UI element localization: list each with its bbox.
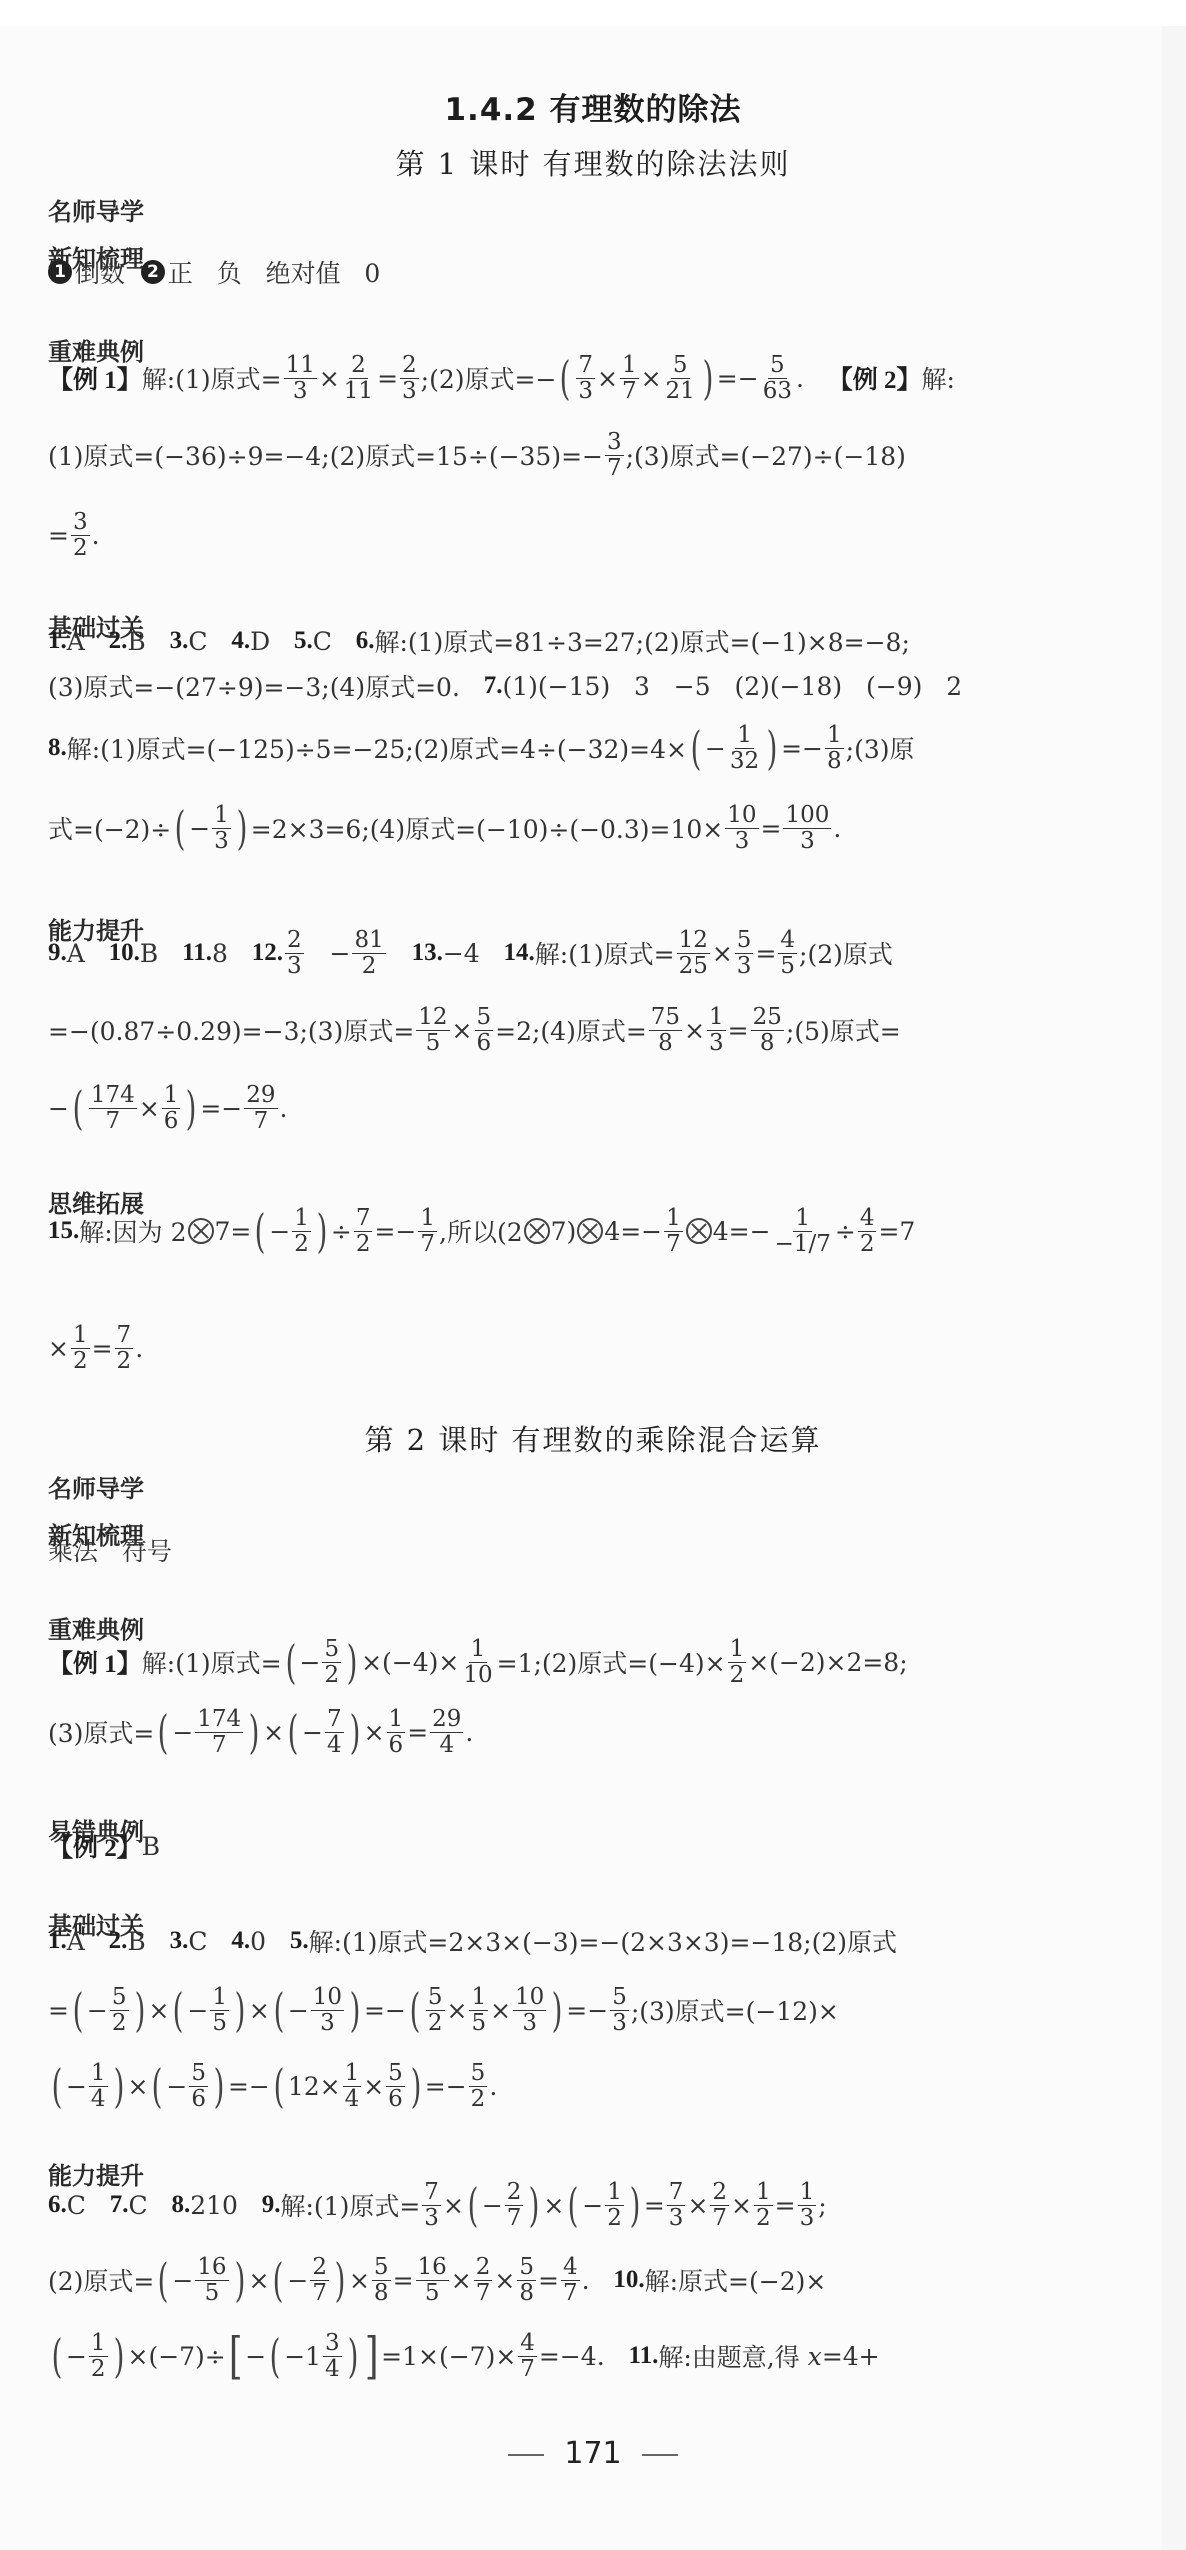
text-run: =2×3=6;(4)原式=(−10)÷(−0.3)=10× xyxy=(251,810,723,846)
text-run: × xyxy=(731,2191,752,2220)
answer-line: 8.解:(1)原式=(−125)÷5=−25;(2)原式=4÷(−32)=4×(… xyxy=(48,718,915,778)
numerator: 1 xyxy=(798,2180,817,2205)
text-run: = xyxy=(644,2191,665,2220)
numerator: 12 xyxy=(677,928,710,953)
parenthesis: ( xyxy=(73,1987,84,2033)
label-bold: 13. xyxy=(412,939,443,967)
text-run: D xyxy=(250,627,294,656)
page-number: 171 xyxy=(564,2436,621,2471)
denominator: 8 xyxy=(825,749,844,773)
numerator: 1 xyxy=(754,2180,773,2205)
parenthesis: ( xyxy=(568,2182,579,2228)
circle-times-icon xyxy=(524,1218,550,1244)
parenthesis: ) xyxy=(350,1987,361,2033)
denominator: 5 xyxy=(778,954,797,978)
numerator: 5 xyxy=(426,1985,445,2010)
fraction: 113 xyxy=(284,353,317,402)
numerator: 2 xyxy=(285,928,304,953)
fraction: 297 xyxy=(244,1083,277,1132)
section-title: 1.4.2 有理数的除法 xyxy=(0,84,1186,129)
parenthesis: ) xyxy=(349,1709,360,1755)
fraction: 73 xyxy=(667,2180,686,2229)
numerator: 5 xyxy=(768,353,787,378)
denominator: 3 xyxy=(285,954,304,978)
numerator: 2 xyxy=(400,353,419,378)
text-run: 解:由题意,得 xyxy=(658,2338,807,2374)
text-run: ÷ xyxy=(331,1217,352,1246)
fraction: 12 xyxy=(292,1206,311,1255)
denominator: 2 xyxy=(754,2206,773,2230)
denominator: 7 xyxy=(210,1733,229,1757)
text-run: =4+ xyxy=(822,2342,880,2371)
answer-line: 6.C 7.C 8.210 9.解:(1)原式=73×(−27)×(−12)=7… xyxy=(48,2175,827,2235)
label-bold: 7. xyxy=(110,2191,129,2219)
fraction: 45 xyxy=(778,928,797,977)
fraction: 27 xyxy=(310,2255,329,2304)
numerator: 5 xyxy=(386,2061,405,2086)
text-run: =− xyxy=(566,1996,608,2025)
parenthesis: ) xyxy=(410,2063,421,2109)
text-run: × xyxy=(249,2266,270,2295)
text-run: × xyxy=(263,1718,284,1747)
text-run: × xyxy=(319,364,340,393)
denominator: 3 xyxy=(667,2206,686,2230)
text-run: 解:(1)原式= xyxy=(281,2187,421,2223)
parenthesis: ( xyxy=(285,1639,296,1685)
answer-line: 【例 2】B xyxy=(48,1816,160,1876)
fraction: 14 xyxy=(89,2061,108,2110)
denominator: 7 xyxy=(710,2206,729,2230)
parenthesis: ) xyxy=(767,725,778,771)
denominator: 3 xyxy=(291,379,310,403)
denominator: 8 xyxy=(758,1031,777,1055)
text-run: (2)原式= xyxy=(48,2262,154,2298)
fraction: 37 xyxy=(605,430,624,479)
text-run: × xyxy=(490,1996,511,2025)
denominator: 2 xyxy=(110,2011,129,2035)
text-run: . xyxy=(465,1718,473,1747)
text-run: B xyxy=(127,627,169,656)
fraction: 294 xyxy=(430,1707,463,1756)
text-run: × xyxy=(249,1996,270,2025)
fraction: 165 xyxy=(416,2255,449,2304)
answer-line: 15.解:因为 27=(−12)÷72=−17,所以(27)4=−174=−1−… xyxy=(48,1201,915,1261)
denominator: 3 xyxy=(798,2206,817,2230)
answer-line: −(1747×16)=−297. xyxy=(48,1078,288,1138)
text-run: =− xyxy=(228,2072,270,2101)
denominator: 5 xyxy=(469,2011,488,2035)
answer-line: =32. xyxy=(48,505,100,565)
numerator: 75 xyxy=(649,1005,682,1030)
text-run: = xyxy=(377,364,398,393)
numerator: 7 xyxy=(325,1707,344,1732)
fraction: 15 xyxy=(210,1985,229,2034)
text-run: − xyxy=(482,2191,503,2220)
fraction: 258 xyxy=(751,1005,784,1054)
text-run: . xyxy=(796,364,828,393)
label-bold: 3. xyxy=(170,627,189,655)
denominator: 2 xyxy=(728,1663,747,1687)
label-bold: 6. xyxy=(48,2191,67,2219)
denominator: 8 xyxy=(372,2281,391,2305)
text-run: = xyxy=(728,1016,749,1045)
text-run: ;(3)原式=(−27)÷(−18) xyxy=(626,437,906,473)
numerator: 1 xyxy=(469,1637,488,1662)
numerator: 5 xyxy=(735,928,754,953)
denominator: 5 xyxy=(210,2011,229,2035)
fraction: 1747 xyxy=(89,1083,137,1132)
answer-line: (−12)×(−7)÷[−(−134)]=1×(−7)×47=−4. 11.解:… xyxy=(48,2326,880,2386)
denominator: 3 xyxy=(318,2011,337,2035)
text-run: = xyxy=(48,521,69,550)
numerator: 1 xyxy=(212,803,231,828)
footer-dash-left xyxy=(508,2454,544,2456)
numerator: 2 xyxy=(505,2180,524,2205)
denominator: 3 xyxy=(798,829,817,853)
answer-line: (1)原式=(−36)÷9=−4;(2)原式=15÷(−35)=−37;(3)原… xyxy=(48,425,906,485)
parenthesis: ) xyxy=(134,1987,145,2033)
numerator: 4 xyxy=(858,1206,877,1231)
text-run: × xyxy=(139,1094,160,1123)
fraction: 165 xyxy=(195,2255,228,2304)
label-bold: 【例 1】 xyxy=(48,1644,142,1680)
denominator: 7 xyxy=(474,2281,493,2305)
parenthesis: ) xyxy=(347,2333,358,2379)
text-run: (1)(−15) 3 −5 (2)(−18) (−9) 2 xyxy=(503,672,963,701)
parenthesis: ( xyxy=(270,2333,281,2379)
fraction: 13 xyxy=(212,803,231,852)
fraction: 56 xyxy=(386,2061,405,2110)
fraction: 53 xyxy=(735,928,754,977)
label-bold: 11. xyxy=(629,2342,659,2370)
text-run: 4=− xyxy=(713,1217,771,1246)
text-run: 正 负 绝对值 0 xyxy=(168,254,380,290)
denominator: 2 xyxy=(71,536,90,560)
text-run: − xyxy=(287,2266,308,2295)
numerator: 174 xyxy=(195,1707,243,1732)
fraction: 74 xyxy=(325,1707,344,1756)
denominator: 2 xyxy=(469,2087,488,2111)
denominator: 7 xyxy=(418,1232,437,1256)
label-bold: 11. xyxy=(182,939,212,967)
denominator: 6 xyxy=(475,1031,494,1055)
label-bold: 2. xyxy=(109,1927,128,1955)
text-run: 0 xyxy=(250,1927,290,1956)
denominator: 3 xyxy=(400,379,419,403)
parenthesis: ) xyxy=(529,2182,540,2228)
text-run: ; xyxy=(818,2191,826,2220)
label-bold: 【例 2】 xyxy=(828,360,922,396)
denominator: 6 xyxy=(387,1733,406,1757)
text-run: − xyxy=(582,2191,603,2220)
denominator: 7 xyxy=(505,2206,524,2230)
text-run: = xyxy=(92,1334,113,1363)
fraction: 12 xyxy=(754,2180,773,2229)
answer-line: 9.A 10.B 11.8 12.23 −812 13.−4 14.解:(1)原… xyxy=(48,923,893,983)
label-bold: 12. xyxy=(252,939,283,967)
fraction: 12 xyxy=(605,2180,624,2229)
parenthesis: ) xyxy=(113,2063,124,2109)
text-run: ;(3)原 xyxy=(846,730,915,766)
answer-line: =−(0.87÷0.29)=−3;(3)原式=125×56=2;(4)原式=75… xyxy=(48,1000,901,1060)
text-run: − xyxy=(66,2342,87,2371)
parenthesis: ) xyxy=(552,1987,563,2033)
parenthesis: ( xyxy=(152,2063,163,2109)
denominator: 3 xyxy=(707,1031,726,1055)
denominator: 3 xyxy=(212,829,231,853)
fraction: 56 xyxy=(189,2061,208,2110)
text-run: 解:(1)原式=2×3×(−3)=−(2×3×3)=−18;(2)原式 xyxy=(309,1923,897,1959)
parenthesis: ( xyxy=(255,1208,266,1254)
text-run: 12× xyxy=(288,2072,341,2101)
text-run: 4=− xyxy=(604,1217,662,1246)
label-bold: 15. xyxy=(48,1217,79,1245)
text-run: =− xyxy=(374,1217,416,1246)
numerator: 1 xyxy=(620,353,639,378)
text-run: ;(3)原式=(−12)× xyxy=(631,1992,839,2028)
parenthesis: ( xyxy=(175,805,186,851)
text-run: . xyxy=(833,814,841,843)
numerator: 1 xyxy=(89,2061,108,2086)
text-run: − xyxy=(300,1648,321,1677)
numerator: 29 xyxy=(244,1083,277,1108)
label-bold: 8. xyxy=(48,734,67,762)
label-bold: 3. xyxy=(170,1927,189,1955)
denominator: 4 xyxy=(437,1733,456,1757)
numerator: 11 xyxy=(284,353,317,378)
text-run: × xyxy=(443,2191,464,2220)
text-run: ;(5)原式= xyxy=(786,1012,901,1048)
text-run: A xyxy=(67,627,109,656)
fraction: 72 xyxy=(354,1206,373,1255)
numerator: 1 xyxy=(735,723,754,748)
text-run: − xyxy=(269,1217,290,1246)
text-run: − xyxy=(87,1996,108,2025)
text-run: 式=(−2)÷ xyxy=(48,810,171,846)
fraction: 812 xyxy=(352,928,385,977)
numerator: 16 xyxy=(416,2255,449,2280)
circle-times-icon xyxy=(686,1218,712,1244)
text-run: (3)原式=−(27÷9)=−3;(4)原式=0. xyxy=(48,668,484,704)
text-run: =−4. xyxy=(539,2342,629,2371)
fraction: 110 xyxy=(461,1637,494,1686)
text-run: −4 xyxy=(443,939,504,968)
answer-line: (3)原式=(−1747)×(−74)×16=294. xyxy=(48,1702,473,1762)
denominator: 7 xyxy=(620,379,639,403)
numerator: 12 xyxy=(416,1005,449,1030)
fraction: 52 xyxy=(469,2061,488,2110)
text-run: =− xyxy=(717,364,759,393)
text-run: − xyxy=(245,2342,266,2371)
text-run: × xyxy=(712,939,733,968)
fraction: 16 xyxy=(162,1083,181,1132)
denominator: 5 xyxy=(424,1031,443,1055)
fraction: 73 xyxy=(422,2180,441,2229)
numerator: 1 xyxy=(664,1206,683,1231)
text-run: − xyxy=(48,1094,69,1123)
fraction: 17 xyxy=(418,1206,437,1255)
text-run: 解:(1)原式= xyxy=(142,360,282,396)
text-run: − xyxy=(166,2072,187,2101)
numerator: 25 xyxy=(751,1005,784,1030)
text-run: =1;(2)原式=(−4)× xyxy=(497,1644,726,1680)
text-run: 解:(1)原式= xyxy=(535,935,675,971)
numerator: 16 xyxy=(195,2255,228,2280)
numerator: 1 xyxy=(387,1707,406,1732)
heading-mingshi-daoxue: 名师导学 xyxy=(48,192,144,227)
text-run: = xyxy=(755,939,776,968)
parenthesis: ) xyxy=(113,2333,124,2379)
variable: x xyxy=(808,2342,822,2371)
text-run: 解:(1)原式=81÷3=27;(2)原式=(−1)×8=−8; xyxy=(374,623,909,659)
text-run: × xyxy=(687,2191,708,2220)
text-run: . xyxy=(489,2072,497,2101)
answer-line: 乘法 符号 xyxy=(48,1520,172,1580)
denominator: 25 xyxy=(677,954,710,978)
denominator: 7 xyxy=(310,2281,329,2305)
text-run: (1)原式=(−36)÷9=−4;(2)原式=15÷(−35)=− xyxy=(48,437,603,473)
text-run: 解: xyxy=(922,360,955,396)
circle-times-icon xyxy=(188,1218,214,1244)
numerator: 7 xyxy=(667,2180,686,2205)
answer-line: 式=(−2)÷(−13)=2×3=6;(4)原式=(−10)÷(−0.3)=10… xyxy=(48,798,841,858)
numerator: 1 xyxy=(162,1083,181,1108)
parenthesis: ( xyxy=(273,1987,284,2033)
text-run: (3)原式= xyxy=(48,1714,154,1750)
answer-line: (3)原式=−(27÷9)=−3;(4)原式=0. 7.(1)(−15) 3 −… xyxy=(48,656,962,716)
fraction: 18 xyxy=(825,723,844,772)
answer-line: 【例 1】解:(1)原式=113×211=23;(2)原式=−(73×17×52… xyxy=(48,348,955,408)
bracket: ] xyxy=(365,2331,379,2381)
numerator: 5 xyxy=(517,2255,536,2280)
denominator: 4 xyxy=(89,2087,108,2111)
text-run: ;(2)原式 xyxy=(799,935,893,971)
parenthesis: ( xyxy=(173,1987,184,2033)
parenthesis: ( xyxy=(409,1987,420,2033)
fraction: 14 xyxy=(343,2061,362,2110)
text-run: − xyxy=(172,1718,193,1747)
numerator: 1 xyxy=(793,1206,812,1231)
fraction: 1−1/7 xyxy=(773,1206,833,1255)
fraction: 1003 xyxy=(783,803,831,852)
parenthesis: ) xyxy=(234,2257,245,2303)
denominator: 8 xyxy=(517,2281,536,2305)
numerator: 81 xyxy=(352,928,385,953)
label-bold: 2. xyxy=(109,627,128,655)
text-run: ×(−2)×2=8; xyxy=(748,1648,907,1677)
text-run: ×(−4)× xyxy=(361,1648,459,1677)
fraction: 1225 xyxy=(677,928,710,977)
numerator: 4 xyxy=(561,2255,580,2280)
denominator: 4 xyxy=(343,2087,362,2111)
text-run: × xyxy=(494,2266,515,2295)
parenthesis: ( xyxy=(73,1085,84,1131)
numerator: 5 xyxy=(475,1005,494,1030)
text-run: B xyxy=(127,1927,169,1956)
numerator: 2 xyxy=(310,2255,329,2280)
text-run: . xyxy=(92,521,100,550)
numerator: 10 xyxy=(513,1985,546,2010)
parenthesis: ( xyxy=(467,2182,478,2228)
fraction: 12 xyxy=(89,2331,108,2380)
denominator: 2 xyxy=(89,2357,108,2381)
text-run: 210 xyxy=(190,2191,262,2220)
denominator: 2 xyxy=(354,1232,373,1256)
numerator: 7 xyxy=(422,2180,441,2205)
denominator: 2 xyxy=(115,1349,134,1373)
numerator: 5 xyxy=(671,353,690,378)
numerator: 2 xyxy=(474,2255,493,2280)
fraction: 211 xyxy=(342,353,375,402)
denominator: 7 xyxy=(561,2281,580,2305)
text-run: ,所以(2 xyxy=(439,1213,523,1249)
fraction: 13 xyxy=(798,2180,817,2229)
denominator: 7 xyxy=(252,1109,271,1133)
text-run: − xyxy=(306,939,351,968)
numerator: 1 xyxy=(292,1206,311,1231)
fraction: 15 xyxy=(469,1985,488,2034)
denominator: 3 xyxy=(610,2011,629,2035)
label-bold: 7. xyxy=(484,672,503,700)
text-run: C xyxy=(188,1927,231,1956)
numerator: 1 xyxy=(707,1005,726,1030)
label-bold: 4. xyxy=(231,1927,250,1955)
denominator: 3 xyxy=(735,954,754,978)
parenthesis: ( xyxy=(52,2063,63,2109)
fraction: 27 xyxy=(710,2180,729,2229)
text-run: 解:因为 2 xyxy=(79,1213,186,1249)
numerator: 7 xyxy=(354,1206,373,1231)
denominator: 7 xyxy=(518,2357,537,2381)
label-bold: 5. xyxy=(290,1927,309,1955)
denominator: 2 xyxy=(360,954,379,978)
fraction: 23 xyxy=(285,928,304,977)
numerator: 4 xyxy=(778,928,797,953)
denominator: 3 xyxy=(733,829,752,853)
answer-line: 1.A 2.B 3.C 4.0 5.解:(1)原式=2×3×(−3)=−(2×3… xyxy=(48,1911,897,1971)
parenthesis: ( xyxy=(273,2257,284,2303)
numerator: 5 xyxy=(469,2061,488,2086)
parenthesis: ) xyxy=(702,355,713,401)
lesson1-subtitle: 第 1 课时 有理数的除法法则 xyxy=(0,142,1186,183)
text-run: 7) xyxy=(551,1217,577,1246)
label-bold: 9. xyxy=(48,939,67,967)
fraction: 27 xyxy=(505,2180,524,2229)
numerator: 2 xyxy=(710,2180,729,2205)
text-run: − xyxy=(189,814,210,843)
text-run: =7 xyxy=(878,1217,915,1246)
label-bold: 1. xyxy=(48,1927,67,1955)
fraction: 563 xyxy=(761,353,794,402)
heading-mingshi-daoxue-2: 名师导学 xyxy=(48,1469,144,1504)
text-run: × xyxy=(452,1016,473,1045)
label-bold: 1. xyxy=(48,627,67,655)
fraction: 56 xyxy=(475,1005,494,1054)
fraction: 521 xyxy=(664,353,697,402)
page-footer: 171 xyxy=(0,2436,1186,2471)
numerator: 5 xyxy=(610,1985,629,2010)
parenthesis: ( xyxy=(273,2063,284,2109)
text-run: × xyxy=(363,2072,384,2101)
numerator: 7 xyxy=(115,1323,134,1348)
fraction: 17 xyxy=(620,353,639,402)
fraction: 58 xyxy=(517,2255,536,2304)
text-run: − xyxy=(705,734,726,763)
fraction: 23 xyxy=(400,353,419,402)
parenthesis: ) xyxy=(249,1709,260,1755)
text-run: −1 xyxy=(284,2342,321,2371)
fraction: 1747 xyxy=(195,1707,243,1756)
